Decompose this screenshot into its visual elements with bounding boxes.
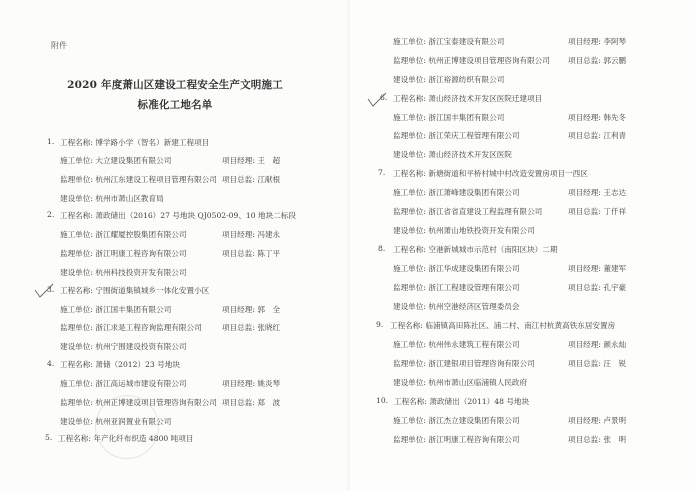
construction-unit: 大立建设集团有限公司 [95, 156, 171, 165]
project-manager-line: 项目经理: 颜永灿 [568, 339, 626, 350]
label-supervision-unit: 监理单位: [393, 283, 426, 292]
supervision-unit-line: 监理单位: 杭州正博建设项目管理咨询有限公司 [60, 397, 217, 408]
chief-supervisor: 陈丁平 [257, 249, 280, 258]
project-manager: 颜永灿 [603, 340, 626, 349]
label-owner-unit: 建设单位: [60, 342, 93, 351]
owner-unit: 杭州亚润置业有限公司 [95, 417, 171, 426]
label-supervision-unit: 监理单位: [60, 398, 93, 407]
project-name-line: 工程名称: 萧储（2012）23 号地块 [60, 359, 180, 370]
right-page: 施工单位: 浙江宝泰建设有限公司 项目经理: 李阿琴 监理单位: 杭州正博建设项… [350, 0, 697, 491]
project-name-line: 工程名称: 萧山经济技术开发区医院迁建项目 [393, 93, 542, 104]
chief-supervisor-line: 项目总监: 江献根 [222, 174, 280, 185]
construction-unit: 浙江国丰集团有限公司 [95, 305, 171, 314]
label-owner-unit: 建设单位: [60, 417, 93, 426]
label-supervision-unit: 监理单位: [60, 175, 93, 184]
entry-number: 6. [380, 93, 387, 102]
label-chief-supervisor: 项目总监: [568, 435, 601, 444]
owner-unit-line: 建设单位: 杭州空港经济区管理委员会 [393, 301, 519, 312]
label-project-manager: 项目经理: [222, 156, 255, 165]
entry-number: 7. [378, 168, 385, 177]
project-name-line: 工程名称: 宁围街道集镇城乡一体化安置小区 [60, 285, 209, 296]
chief-supervisor: 孔宇豪 [603, 283, 626, 292]
project-name: 萧储（2012）23 号地块 [95, 360, 180, 369]
supervision-unit-line: 监理单位: 浙江求是工程咨询监理有限公司 [60, 322, 202, 333]
supervision-unit-line: 监理单位: 浙江工程建设管理有限公司 [393, 282, 519, 293]
chief-supervisor-line: 项目总监: 郭云鹏 [568, 55, 626, 66]
project-manager: 董建军 [603, 264, 626, 273]
chief-supervisor-line: 项目总监: 郑 波 [222, 397, 280, 408]
construction-unit-line: 施工单位: 浙江高运城市建设有限公司 [60, 378, 186, 389]
label-construction-unit: 施工单位: [393, 416, 426, 425]
scanned-document-spread: 附件 2020 年度萧山区建设工程安全生产文明施工 标准化工地名单 1. 工程名… [0, 0, 697, 491]
project-manager: 冯建永 [257, 230, 280, 239]
construction-unit: 杭州伟永建筑工程有限公司 [428, 340, 519, 349]
supervision-unit: 浙江工程建设管理有限公司 [428, 283, 519, 292]
construction-unit: 浙江华成建设集团有限公司 [428, 264, 519, 273]
chief-supervisor-line: 项目总监: 张晓红 [222, 322, 280, 333]
project-manager-line: 项目经理: 王志达 [568, 187, 626, 198]
label-project-name: 工程名称: [393, 169, 426, 178]
chief-supervisor: 张 明 [603, 435, 626, 444]
construction-unit-line: 施工单位: 浙江国丰集团有限公司 [393, 112, 504, 123]
owner-unit-line: 建设单位: 浙江裕源纺织有限公司 [393, 74, 504, 85]
construction-unit-line: 施工单位: 杭州伟永建筑工程有限公司 [393, 339, 519, 350]
label-supervision-unit: 监理单位: [60, 249, 93, 258]
label-project-manager: 项目经理: [568, 188, 601, 197]
label-project-name: 工程名称: [390, 321, 423, 330]
label-project-name: 工程名称: [60, 211, 93, 220]
construction-unit-line: 施工单位: 浙江耀厦控股集团有限公司 [60, 229, 186, 240]
chief-supervisor: 丁仟祥 [603, 207, 626, 216]
label-owner-unit: 建设单位: [393, 226, 426, 235]
chief-supervisor: 江利青 [603, 131, 626, 140]
label-project-name: 工程名称: [393, 94, 426, 103]
label-chief-supervisor: 项目总监: [568, 283, 601, 292]
supervision-unit-line: 监理单位: 浙江明康工程咨询有限公司 [60, 248, 186, 259]
project-name: 新塘街道和平桥村城中村改造安置房项目一西区 [428, 169, 587, 178]
construction-unit-line: 施工单位: 浙江华成建设集团有限公司 [393, 263, 519, 274]
owner-unit-line: 建设单位: 杭州市萧山区临浦镇人民政府 [393, 377, 527, 388]
label-construction-unit: 施工单位: [393, 340, 426, 349]
owner-unit: 杭州科技投资开发有限公司 [95, 268, 186, 277]
construction-unit-line: 施工单位: 大立建设集团有限公司 [60, 155, 171, 166]
label-construction-unit: 施工单位: [393, 113, 426, 122]
chief-supervisor-line: 项目总监: 张 明 [568, 434, 626, 445]
label-owner-unit: 建设单位: [393, 75, 426, 84]
construction-unit: 浙江宝泰建设有限公司 [428, 37, 504, 46]
label-project-name: 工程名称: [58, 434, 91, 443]
entry-number: 3. [47, 285, 54, 294]
construction-unit: 浙江耀厦控股集团有限公司 [95, 230, 186, 239]
label-project-manager: 项目经理: [568, 264, 601, 273]
supervision-unit-line: 监理单位: 浙江荣庆工程管理有限公司 [393, 130, 519, 141]
project-manager-line: 项目经理: 王 超 [222, 155, 280, 166]
project-manager: 李阿琴 [603, 37, 626, 46]
chief-supervisor-line: 项目总监: 江利青 [568, 130, 626, 141]
label-owner-unit: 建设单位: [393, 378, 426, 387]
label-chief-supervisor: 项目总监: [568, 56, 601, 65]
supervision-unit: 杭州江东建设工程项目管理有限公司 [95, 175, 217, 184]
label-owner-unit: 建设单位: [60, 194, 93, 203]
chief-supervisor-line: 项目总监: 丁仟祥 [568, 206, 626, 217]
project-name: 宁围街道集镇城乡一体化安置小区 [95, 286, 209, 295]
construction-unit: 浙江萧峰建设集团有限公司 [428, 188, 519, 197]
label-chief-supervisor: 项目总监: [568, 207, 601, 216]
label-project-manager: 项目经理: [222, 305, 255, 314]
document-title-line-2: 标准化工地名单 [0, 97, 350, 112]
project-name-line: 工程名称: 萧政储出（2011）48 号地块 [394, 396, 529, 407]
label-supervision-unit: 监理单位: [393, 435, 426, 444]
project-name: 博学路小学（智名）新建工程项目 [95, 138, 209, 147]
construction-unit-line: 施工单位: 浙江国丰集团有限公司 [60, 304, 171, 315]
label-construction-unit: 施工单位: [60, 230, 93, 239]
label-construction-unit: 施工单位: [60, 156, 93, 165]
owner-unit: 杭州市萧山区临浦镇人民政府 [428, 378, 527, 387]
project-manager: 姚炎琴 [257, 379, 280, 388]
supervision-unit-line: 监理单位: 浙江建银项目管理咨询有限公司 [393, 358, 535, 369]
label-construction-unit: 施工单位: [393, 264, 426, 273]
label-project-name: 工程名称: [60, 138, 93, 147]
label-chief-supervisor: 项目总监: [568, 359, 601, 368]
label-chief-supervisor: 项目总监: [222, 398, 255, 407]
project-manager-line: 项目经理: 姚炎琴 [222, 378, 280, 389]
owner-unit-line: 建设单位: 杭州亚润置业有限公司 [60, 416, 171, 427]
entry-number: 9. [376, 320, 383, 329]
supervision-unit: 浙江明康工程咨询有限公司 [428, 435, 519, 444]
owner-unit: 萧山经济技术开发区医院 [428, 150, 512, 159]
construction-unit: 浙江杰立建设集团有限公司 [428, 416, 519, 425]
label-supervision-unit: 监理单位: [393, 56, 426, 65]
project-manager-line: 项目经理: 董建军 [568, 263, 626, 274]
owner-unit-line: 建设单位: 杭州宁围建设投资有限公司 [60, 341, 186, 352]
project-manager-line: 项目经理: 冯建永 [222, 229, 280, 240]
project-name-line: 工程名称: 临浦镇高田陈社区、浦二村、南江村杭黄高铁东居安置房 [390, 320, 615, 331]
construction-unit-line: 施工单位: 浙江萧峰建设集团有限公司 [393, 187, 519, 198]
chief-supervisor-line: 项目总监: 陈丁平 [222, 248, 280, 259]
supervision-unit-line: 监理单位: 杭州正博建设项目管理咨询有限公司 [393, 55, 550, 66]
project-manager-line: 项目经理: 郭 全 [222, 304, 280, 315]
chief-supervisor: 郑 波 [257, 398, 280, 407]
owner-unit: 杭州萧山地铁投资开发有限公司 [428, 226, 534, 235]
project-name: 临浦镇高田陈社区、浦二村、南江村杭黄高铁东居安置房 [425, 321, 615, 330]
project-manager: 卢景明 [603, 416, 626, 425]
label-chief-supervisor: 项目总监: [568, 131, 601, 140]
label-project-name: 工程名称: [60, 360, 93, 369]
owner-unit-line: 建设单位: 杭州科技投资开发有限公司 [60, 267, 186, 278]
project-name: 萧山经济技术开发区医院迁建项目 [428, 94, 542, 103]
label-project-name: 工程名称: [394, 397, 427, 406]
document-title-line-1: 2020 年度萧山区建设工程安全生产文明施工 [0, 77, 350, 92]
left-page: 附件 2020 年度萧山区建设工程安全生产文明施工 标准化工地名单 1. 工程名… [0, 0, 350, 491]
project-name: 空港新城城市示范村（南阳区块）二期 [428, 245, 557, 254]
attachment-label: 附件 [51, 40, 67, 51]
supervision-unit: 杭州正博建设项目管理咨询有限公司 [428, 56, 550, 65]
project-name: 萧政储出（2016）27 号地块 QJ0502-09、10 地块二标段 [95, 211, 296, 220]
owner-unit: 杭州宁围建设投资有限公司 [95, 342, 186, 351]
chief-supervisor: 江献根 [257, 175, 280, 184]
owner-unit-line: 建设单位: 杭州萧山地铁投资开发有限公司 [393, 225, 535, 236]
entry-number: 2. [47, 210, 54, 219]
label-project-manager: 项目经理: [568, 113, 601, 122]
supervision-unit-line: 监理单位: 浙江省省直建设工程监理有限公司 [393, 206, 542, 217]
project-manager: 王志达 [603, 188, 626, 197]
label-chief-supervisor: 项目总监: [222, 249, 255, 258]
label-supervision-unit: 监理单位: [393, 207, 426, 216]
label-project-name: 工程名称: [60, 286, 93, 295]
label-supervision-unit: 监理单位: [393, 359, 426, 368]
chief-supervisor: 郭云鹏 [603, 56, 626, 65]
owner-unit: 杭州空港经济区管理委员会 [428, 302, 519, 311]
construction-unit-line: 施工单位: 浙江宝泰建设有限公司 [393, 36, 504, 47]
supervision-unit-line: 监理单位: 杭州江东建设工程项目管理有限公司 [60, 174, 217, 185]
chief-supervisor: 汪 锐 [603, 359, 626, 368]
label-project-manager: 项目经理: [222, 230, 255, 239]
label-project-manager: 项目经理: [568, 416, 601, 425]
label-construction-unit: 施工单位: [60, 379, 93, 388]
owner-unit: 浙江裕源纺织有限公司 [428, 75, 504, 84]
label-owner-unit: 建设单位: [393, 150, 426, 159]
project-manager-line: 项目经理: 韩先冬 [568, 112, 626, 123]
entry-number: 4. [47, 359, 54, 368]
label-project-manager: 项目经理: [222, 379, 255, 388]
entry-number: 8. [378, 244, 385, 253]
project-manager: 郭 全 [257, 305, 280, 314]
chief-supervisor-line: 项目总监: 汪 锐 [568, 358, 626, 369]
construction-unit: 浙江国丰集团有限公司 [428, 113, 504, 122]
project-name: 萧政储出（2011）48 号地块 [429, 397, 529, 406]
construction-unit-line: 施工单位: 浙江杰立建设集团有限公司 [393, 415, 519, 426]
supervision-unit: 浙江荣庆工程管理有限公司 [428, 131, 519, 140]
project-name-line: 工程名称: 博学路小学（智名）新建工程项目 [60, 137, 209, 148]
chief-supervisor: 张晓红 [257, 323, 280, 332]
label-chief-supervisor: 项目总监: [222, 175, 255, 184]
supervision-unit: 杭州正博建设项目管理咨询有限公司 [95, 398, 217, 407]
label-supervision-unit: 监理单位: [393, 131, 426, 140]
label-chief-supervisor: 项目总监: [222, 323, 255, 332]
label-project-manager: 项目经理: [568, 340, 601, 349]
owner-unit: 杭州市萧山区教育局 [95, 194, 163, 203]
project-manager: 王 超 [257, 156, 280, 165]
entry-number: 10. [376, 396, 388, 405]
supervision-unit: 浙江求是工程咨询监理有限公司 [95, 323, 201, 332]
construction-unit: 浙江高运城市建设有限公司 [95, 379, 186, 388]
owner-unit-line: 建设单位: 杭州市萧山区教育局 [60, 193, 164, 204]
project-name-line: 工程名称: 空港新城城市示范村（南阳区块）二期 [393, 244, 557, 255]
label-construction-unit: 施工单位: [60, 305, 93, 314]
supervision-unit-line: 监理单位: 浙江明康工程咨询有限公司 [393, 434, 519, 445]
chief-supervisor-line: 项目总监: 孔宇豪 [568, 282, 626, 293]
project-name-line: 工程名称: 年产化纤布织造 4800 吨项目 [58, 433, 193, 444]
supervision-unit: 浙江明康工程咨询有限公司 [95, 249, 186, 258]
entry-number: 1. [47, 137, 54, 146]
label-project-name: 工程名称: [393, 245, 426, 254]
label-construction-unit: 施工单位: [393, 37, 426, 46]
label-construction-unit: 施工单位: [393, 188, 426, 197]
project-manager: 韩先冬 [603, 113, 626, 122]
project-name: 年产化纤布织造 4800 吨项目 [93, 434, 193, 443]
label-project-manager: 项目经理: [568, 37, 601, 46]
project-manager-line: 项目经理: 李阿琴 [568, 36, 626, 47]
supervision-unit: 浙江省省直建设工程监理有限公司 [428, 207, 542, 216]
label-owner-unit: 建设单位: [60, 268, 93, 277]
entry-number: 5. [45, 433, 52, 442]
project-name-line: 工程名称: 新塘街道和平桥村城中村改造安置房项目一西区 [393, 168, 588, 179]
label-owner-unit: 建设单位: [393, 302, 426, 311]
owner-unit-line: 建设单位: 萧山经济技术开发区医院 [393, 149, 512, 160]
supervision-unit: 浙江建银项目管理咨询有限公司 [428, 359, 534, 368]
label-supervision-unit: 监理单位: [60, 323, 93, 332]
project-name-line: 工程名称: 萧政储出（2016）27 号地块 QJ0502-09、10 地块二标… [60, 210, 296, 221]
project-manager-line: 项目经理: 卢景明 [568, 415, 626, 426]
